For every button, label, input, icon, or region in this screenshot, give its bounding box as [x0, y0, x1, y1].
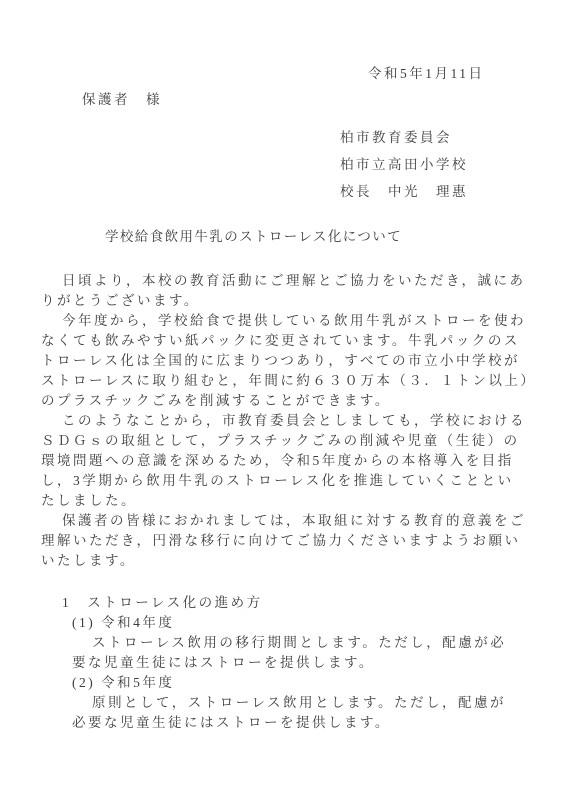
- body-line: 環境問題への意識を深めるため，令和5年度からの本格導入を目指: [41, 451, 566, 471]
- item-line: ストローレス飲用の移行期間とします。ただし，配慮が必: [41, 633, 566, 653]
- letter-body: 日頃より，本校の教育活動にご理解とご協力をいただき，誠にあ りがとうございます。…: [41, 271, 566, 571]
- recipient: 保護者 様: [82, 90, 566, 110]
- paragraph: 日頃より，本校の教育活動にご理解とご協力をいただき，誠にあ りがとうございます。: [41, 271, 566, 311]
- body-line: ＳＤＧｓの取組として，プラスチックごみの削減や児童（生徒）の: [41, 431, 566, 451]
- body-line: なくても飲みやすい紙パックに変更されています。牛乳パックのス: [41, 331, 566, 351]
- body-line: 日頃より，本校の教育活動にご理解とご協力をいただき，誠にあ: [41, 271, 566, 291]
- item-line: 要な児童生徒にはストローを提供します。: [41, 653, 566, 673]
- procedure-section: 1 ストローレス化の進め方 (1) 令和4年度 ストローレス飲用の移行期間としま…: [41, 593, 566, 733]
- list-item: (2) 令和5年度 原則として，ストローレス飲用とします。ただし，配慮が 必要な…: [41, 673, 566, 733]
- item-label: (1) 令和4年度: [41, 613, 566, 633]
- item-label: (2) 令和5年度: [41, 673, 566, 693]
- sender-block: 柏市教育委員会 柏市立高田小学校 校長 中光 理惠: [340, 124, 566, 205]
- paragraph: このようなことから，市教育委員会としましても，学校における ＳＤＧｓの取組として…: [41, 411, 566, 511]
- list-item: (1) 令和4年度 ストローレス飲用の移行期間とします。ただし，配慮が必 要な児…: [41, 613, 566, 673]
- paragraph: 保護者の皆様におかれましては，本取組に対する教育的意義をご 理解いただき，円滑な…: [41, 511, 566, 571]
- body-line: 理解いただき，円滑な移行に向けてご協力くださいますようお願い: [41, 531, 566, 551]
- body-line: このようなことから，市教育委員会としましても，学校における: [41, 411, 566, 431]
- body-line: たしました。: [41, 491, 566, 511]
- sender-principal: 校長 中光 理惠: [340, 178, 566, 205]
- body-line: 保護者の皆様におかれましては，本取組に対する教育的意義をご: [41, 511, 566, 531]
- paragraph: 今年度から，学校給食で提供している飲用牛乳がストローを使わ なくても飲みやすい紙…: [41, 311, 566, 411]
- body-line: いたします。: [41, 551, 566, 571]
- body-line: のプラスチックごみを削減することができます。: [41, 391, 566, 411]
- sender-school: 柏市立高田小学校: [340, 151, 566, 178]
- document-date: 令和5年1月11日: [368, 64, 566, 84]
- section-heading: 1 ストローレス化の進め方: [41, 593, 566, 613]
- body-line: 今年度から，学校給食で提供している飲用牛乳がストローを使わ: [41, 311, 566, 331]
- body-line: トローレス化は全国的に広まりつつあり，すべての市立小中学校が: [41, 351, 566, 371]
- item-line: 原則として，ストローレス飲用とします。ただし，配慮が: [41, 693, 566, 713]
- document-page: 令和5年1月11日 保護者 様 柏市教育委員会 柏市立高田小学校 校長 中光 理…: [0, 0, 566, 800]
- body-line: し，3学期から飲用牛乳のストローレス化を推進していくこととい: [41, 471, 566, 491]
- body-line: りがとうございます。: [41, 291, 566, 311]
- body-line: ストローレスに取り組むと，年間に約６３０万本（３．１トン以上）: [41, 371, 566, 391]
- document-title: 学校給食飲用牛乳のストローレス化について: [105, 227, 566, 247]
- item-line: 必要な児童生徒にはストローを提供します。: [41, 713, 566, 733]
- sender-organization: 柏市教育委員会: [340, 124, 566, 151]
